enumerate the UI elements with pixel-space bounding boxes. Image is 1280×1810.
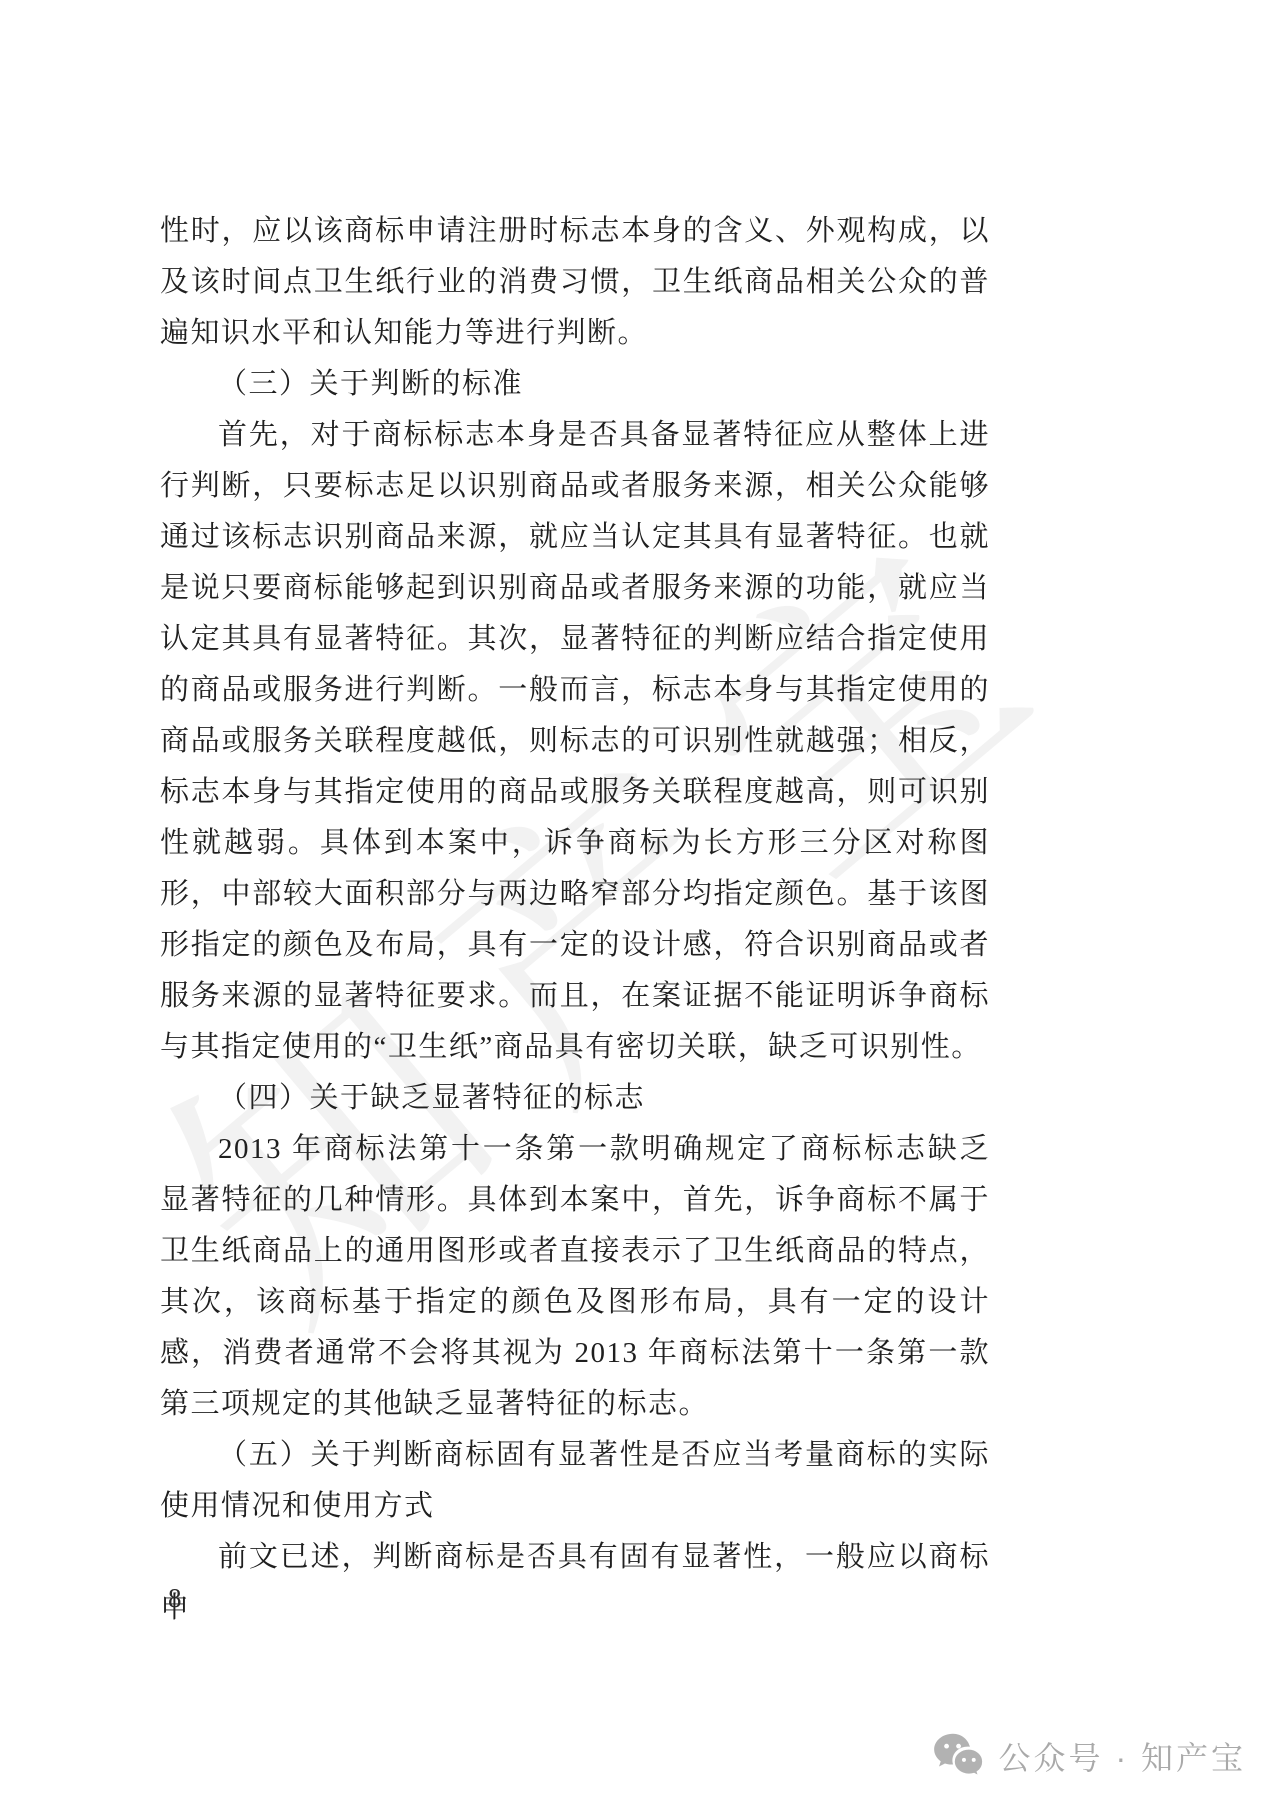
paragraph: 首先，对于商标标志本身是否具备显著特征应从整体上进行判断，只要标志足以识别商品或… bbox=[160, 410, 990, 1073]
paragraph: 性时，应以该商标申请注册时标志本身的含义、外观构成，以及该时间点卫生纸行业的消费… bbox=[160, 206, 990, 359]
footer-brand: 公众号 · 知产宝 bbox=[931, 1732, 1246, 1780]
section-heading: （四）关于缺乏显著特征的标志 bbox=[160, 1073, 990, 1124]
document-body: 性时，应以该商标申请注册时标志本身的含义、外观构成，以及该时间点卫生纸行业的消费… bbox=[160, 206, 990, 1634]
page-number: 8 bbox=[168, 1583, 182, 1614]
wechat-icon bbox=[931, 1732, 987, 1780]
section-heading: （三）关于判断的标准 bbox=[160, 359, 990, 410]
footer-brand-label: 公众号 · 知产宝 bbox=[999, 1733, 1246, 1779]
section-heading: （五）关于判断商标固有显著性是否应当考量商标的实际使用情况和使用方式 bbox=[160, 1430, 990, 1532]
paragraph: 前文已述，判断商标是否具有固有显著性，一般应以商标申 bbox=[160, 1532, 990, 1634]
document-page: 知产宝 性时，应以该商标申请注册时标志本身的含义、外观构成，以及该时间点卫生纸行… bbox=[0, 0, 1280, 1810]
paragraph: 2013 年商标法第十一条第一款明确规定了商标标志缺乏显著特征的几种情形。具体到… bbox=[160, 1124, 990, 1430]
